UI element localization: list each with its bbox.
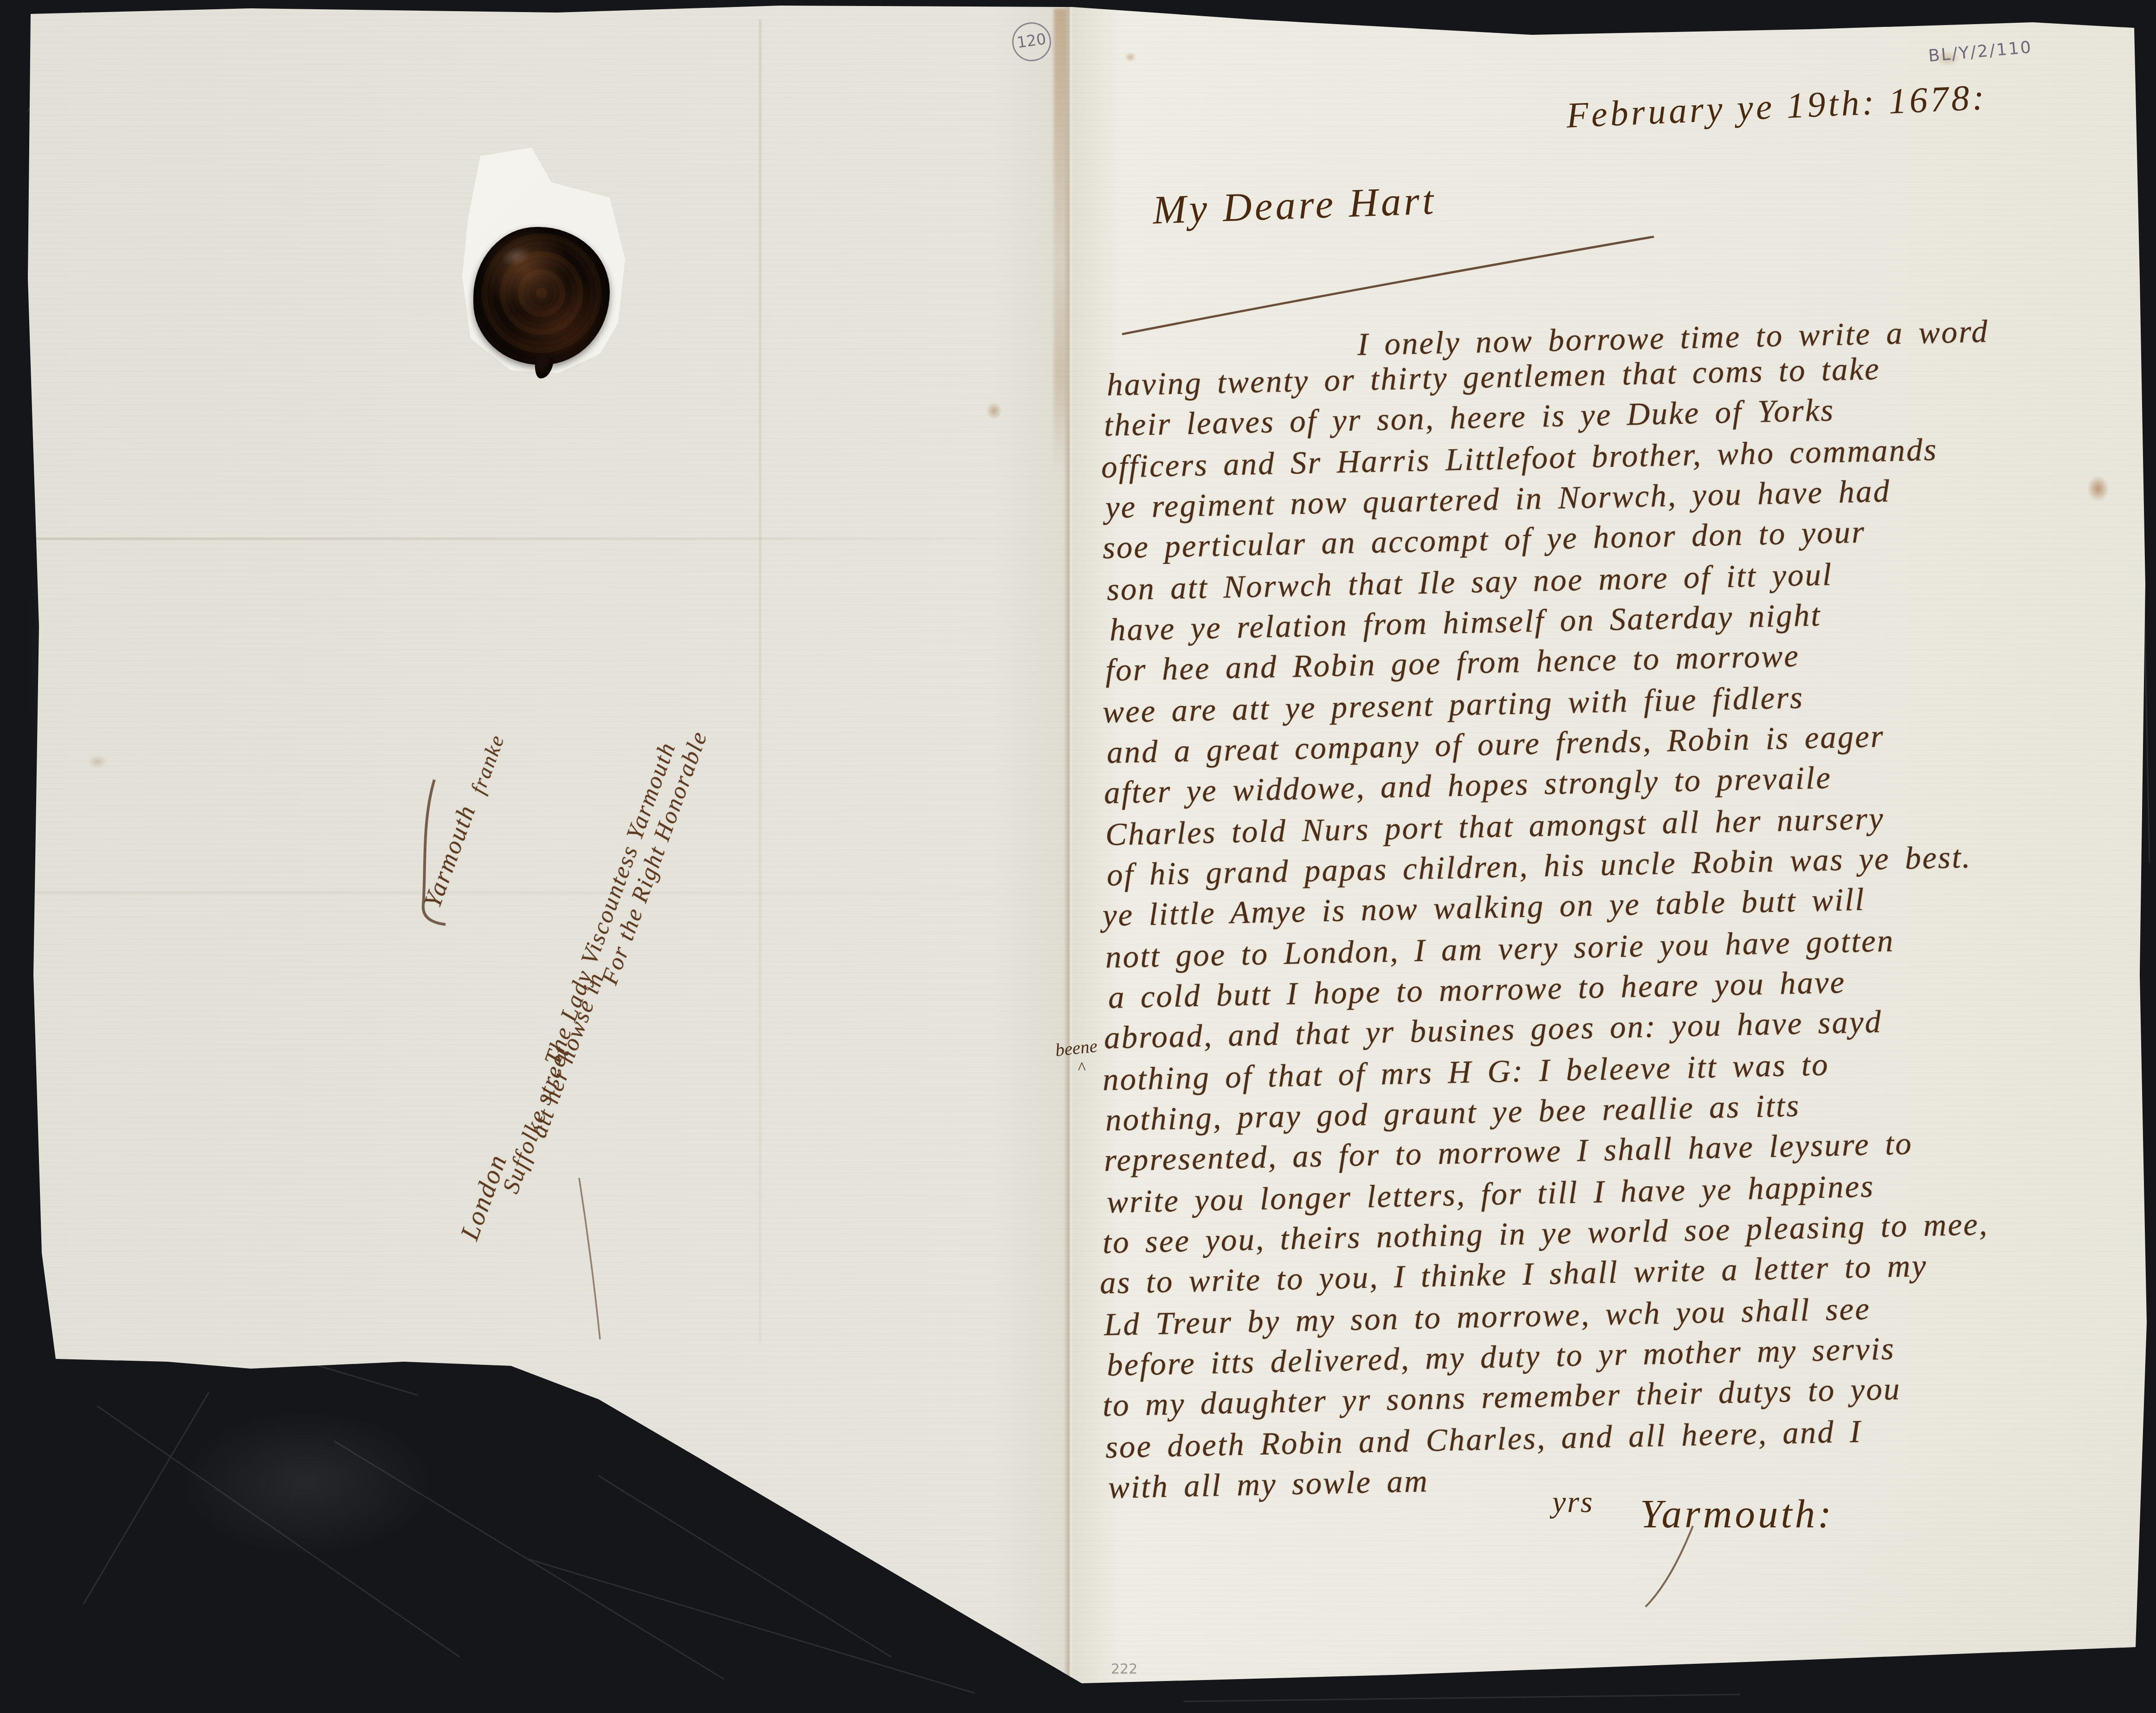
address-line-recipient: The Lady Viscountess Yarmouth (539, 738, 683, 1069)
paper-stain (84, 752, 111, 771)
date-line: February ye 19th: 1678: (1565, 77, 1988, 137)
address-line-city: London (456, 1151, 515, 1245)
horizontal-crease (33, 537, 1064, 540)
body-line: with all my sowle am (1108, 1464, 1429, 1506)
pencil-page-number: 222 (1111, 1662, 1137, 1678)
paper-stain (2083, 471, 2113, 507)
wax-seal (473, 227, 610, 365)
frank-signature: Yarmouth (418, 801, 483, 912)
horizontal-crease (33, 891, 1064, 894)
seal-drip (533, 353, 554, 380)
salutation: My Deare Hart (1152, 179, 1437, 234)
vertical-crease (759, 19, 762, 1342)
paper-stain (1122, 50, 1139, 64)
signature-prefix: yrs (1552, 1484, 1594, 1520)
paper-stain (983, 398, 1005, 423)
folio-number-stamp: 120 (1010, 20, 1054, 64)
marginal-insertion: beene (1054, 1035, 1098, 1061)
signature-name: Yarmouth: (1640, 1493, 1834, 1538)
salutation-flourish (1122, 237, 1654, 334)
address-tail-flourish (579, 1178, 600, 1339)
frank-word: franke (468, 732, 511, 798)
fold-stain (1054, 8, 1066, 468)
background-scuff (125, 1378, 487, 1587)
insertion-caret: ^ (1078, 1058, 1084, 1079)
shelfmark-annotation: BL/Y/2/110 (1928, 37, 2033, 65)
photo-of-letter: 120 BL/Y/2/110 222 February ye 19th: 167… (0, 0, 2156, 1713)
